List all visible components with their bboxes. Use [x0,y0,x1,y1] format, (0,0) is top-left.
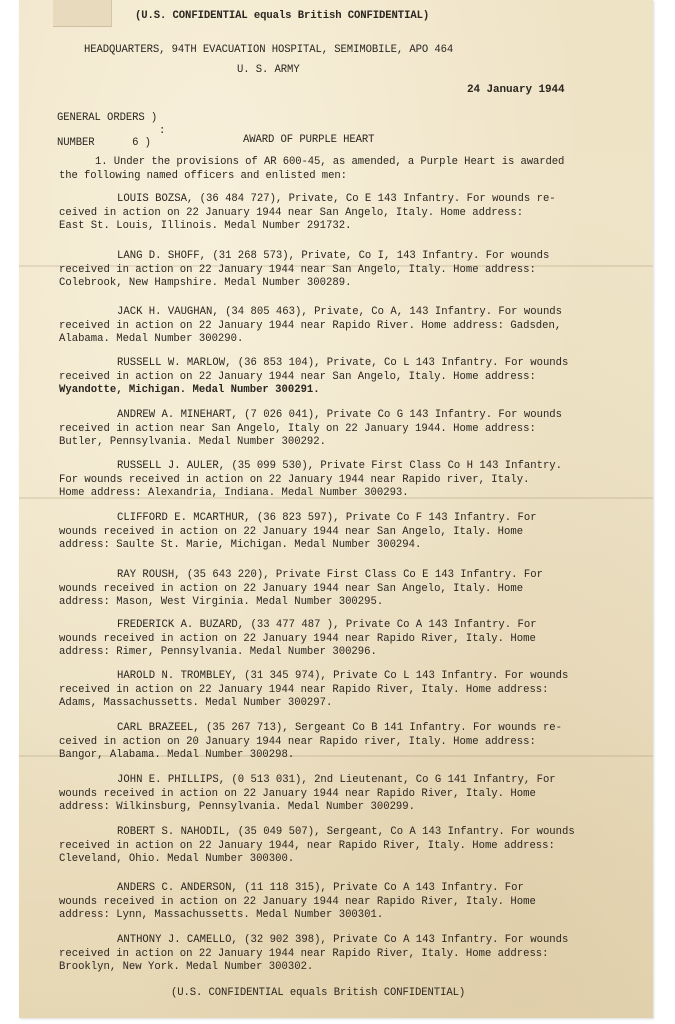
award-entry: LOUIS BOZSA, (36 484 727), Private, Co E… [59,193,629,234]
classification-header: (U.S. CONFIDENTIAL equals British CONFID… [135,10,429,23]
entry-line: ceived in action on 20 January 1944 near… [59,736,629,750]
entry-line: received in action on 22 January 1944 ne… [59,948,629,962]
entry-line: received in action near San Angelo, Ital… [59,423,629,437]
award-entry: JOHN E. PHILLIPS, (0 513 031), 2nd Lieut… [59,774,629,815]
entry-line: Alabama. Medal Number 300290. [59,333,629,347]
entry-line: wounds received in action on 22 January … [59,526,629,540]
entry-line: address: Saulte St. Marie, Michigan. Med… [59,539,629,553]
entry-line: JOHN E. PHILLIPS, (0 513 031), 2nd Lieut… [59,774,629,788]
entry-line: RAY ROUSH, (35 643 220), Private First C… [59,569,629,583]
award-entry: FREDERICK A. BUZARD, (33 477 487 ), Priv… [59,619,629,660]
entry-line: received in action on 22 January 1944 ne… [59,371,629,385]
award-entry: CLIFFORD E. MCARTHUR, (36 823 597), Priv… [59,512,629,553]
award-entry: RAY ROUSH, (35 643 220), Private First C… [59,569,629,610]
award-entry: ROBERT S. NAHODIL, (35 049 507), Sergean… [59,826,629,867]
entry-line: Adams, Massachussetts. Medal Number 3002… [59,697,629,711]
headquarters-line: HEADQUARTERS, 94TH EVACUATION HOSPITAL, … [84,44,453,57]
entry-line: wounds received in action on 22 January … [59,896,629,910]
entry-line: LOUIS BOZSA, (36 484 727), Private, Co E… [59,193,629,207]
orders-number: NUMBER 6 ) [57,137,151,150]
entry-line: HAROLD N. TROMBLEY, (31 345 974), Privat… [59,670,629,684]
award-entry: HAROLD N. TROMBLEY, (31 345 974), Privat… [59,670,629,711]
award-entry: RUSSELL J. AULER, (35 099 530), Private … [59,460,629,501]
service-line: U. S. ARMY [237,64,300,77]
entry-line: address: Mason, West Virginia. Medal Num… [59,596,629,610]
paper-tab [53,0,112,27]
entry-line: CARL BRAZEEL, (35 267 713), Sergeant Co … [59,722,629,736]
intro-line-1: 1. Under the provisions of AR 600-45, as… [95,156,564,169]
entry-line: JACK H. VAUGHAN, (34 805 463), Private, … [59,306,629,320]
entry-line: address: Lynn, Massachussetts. Medal Num… [59,909,629,923]
award-entry: ANDREW A. MINEHART, (7 026 041), Private… [59,409,629,450]
entry-line: RUSSELL J. AULER, (35 099 530), Private … [59,460,629,474]
entry-line: wounds received in action on 22 January … [59,583,629,597]
entry-line: address: Rimer, Pennsylvania. Medal Numb… [59,646,629,660]
entry-line: address: Wilkinsburg, Pennsylvania. Meda… [59,801,629,815]
award-entry: CARL BRAZEEL, (35 267 713), Sergeant Co … [59,722,629,763]
entry-line: received in action on 22 January 1944 ne… [59,320,629,334]
entry-line: received in action on 22 January 1944 ne… [59,684,629,698]
subject-title: AWARD OF PURPLE HEART [243,134,374,147]
entry-line: Home address: Alexandria, Indiana. Medal… [59,487,629,501]
entry-line: Colebrook, New Hampshire. Medal Number 3… [59,277,629,291]
general-orders-label: GENERAL ORDERS ) [57,112,157,125]
entry-line: received in action on 22 January 1944 ne… [59,264,629,278]
entry-line: ANTHONY J. CAMELLO, (32 902 398), Privat… [59,934,629,948]
entry-line: ANDERS C. ANDERSON, (11 118 315), Privat… [59,882,629,896]
award-entry: ANTHONY J. CAMELLO, (32 902 398), Privat… [59,934,629,975]
entry-line: Cleveland, Ohio. Medal Number 300300. [59,853,629,867]
award-entry: ANDERS C. ANDERSON, (11 118 315), Privat… [59,882,629,923]
entry-line: FREDERICK A. BUZARD, (33 477 487 ), Priv… [59,619,629,633]
entry-line: Bangor, Alabama. Medal Number 300298. [59,749,629,763]
entry-line: LANG D. SHOFF, (31 268 573), Private, Co… [59,250,629,264]
classification-footer: (U.S. CONFIDENTIAL equals British CONFID… [171,987,465,1000]
entry-line: ROBERT S. NAHODIL, (35 049 507), Sergean… [59,826,629,840]
entry-line: Brooklyn, New York. Medal Number 300302. [59,961,629,975]
orders-colon: : [159,125,165,138]
entry-line: ceived in action on 22 January 1944 near… [59,207,629,221]
entry-line: ANDREW A. MINEHART, (7 026 041), Private… [59,409,629,423]
entry-line: wounds received in action on 22 January … [59,788,629,802]
intro-line-2: the following named officers and enliste… [59,170,347,183]
award-entry: JACK H. VAUGHAN, (34 805 463), Private, … [59,306,629,347]
award-entry: RUSSELL W. MARLOW, (36 853 104), Private… [59,357,629,398]
entry-line: For wounds received in action on 22 Janu… [59,474,629,488]
entry-line: East St. Louis, Illinois. Medal Number 2… [59,220,629,234]
document-page: (U.S. CONFIDENTIAL equals British CONFID… [19,0,653,1018]
entry-line: Butler, Pennsylvania. Medal Number 30029… [59,436,629,450]
entry-line: CLIFFORD E. MCARTHUR, (36 823 597), Priv… [59,512,629,526]
award-entry: LANG D. SHOFF, (31 268 573), Private, Co… [59,250,629,291]
entry-line: wounds received in action on 22 January … [59,633,629,647]
entry-line: Wyandotte, Michigan. Medal Number 300291… [59,384,629,398]
entry-line: RUSSELL W. MARLOW, (36 853 104), Private… [59,357,629,371]
document-date: 24 January 1944 [467,84,565,97]
entry-line: received in action on 22 January 1944, n… [59,840,629,854]
